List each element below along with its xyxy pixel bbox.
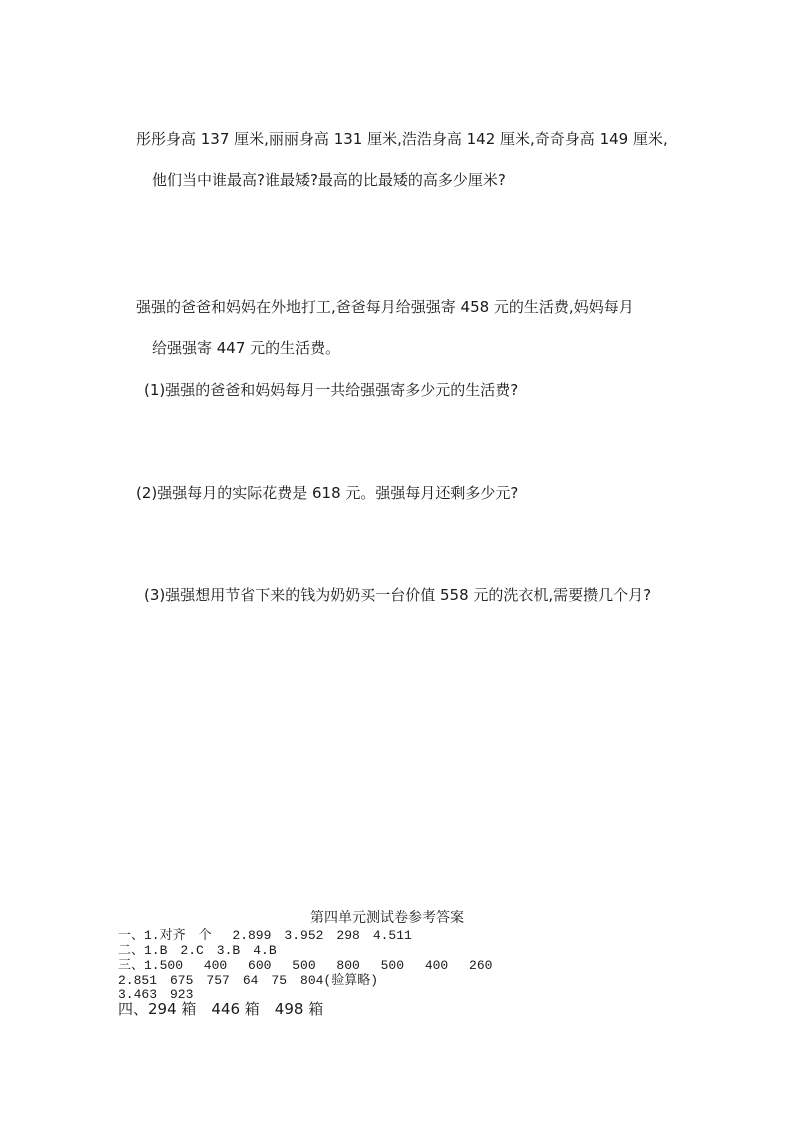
question-5-line-1: 强强的爸爸和妈妈在外地打工,爸爸每月给强强寄 458 元的生活费,妈妈每月 — [136, 298, 634, 316]
sub-question-1: (1)强强的爸爸和妈妈每月一共给强强寄多少元的生活费? — [144, 381, 518, 399]
answer-key-title: 第四单元测试卷参考答案 — [310, 910, 464, 926]
answer-line-1: 一、1.对齐 个 2.899 3.952 298 4.511 — [118, 929, 412, 943]
question-4-line-1: 彤彤身高 137 厘米,丽丽身高 131 厘米,浩浩身高 142 厘米,奇奇身高… — [136, 130, 668, 148]
answer-line-6: 四、294 箱 446 箱 498 箱 — [118, 1002, 323, 1016]
answer-line-4: 2.851 675 757 64 75 804(验算略) — [118, 974, 378, 988]
question-4-line-2: 他们当中谁最高?谁最矮?最高的比最矮的高多少厘米? — [152, 171, 506, 189]
answer-line-2: 二、1.B 2.C 3.B 4.B — [118, 944, 277, 958]
sub-question-3: (3)强强想用节省下来的钱为奶奶买一台价值 558 元的洗衣机,需要攒几个月? — [144, 586, 651, 604]
answer-line-3: 三、1.500 400 600 500 800 500 400 260 — [118, 959, 492, 973]
sub-question-2: (2)强强每月的实际花费是 618 元。强强每月还剩多少元? — [136, 484, 518, 502]
question-5-line-2: 给强强寄 447 元的生活费。 — [152, 339, 340, 357]
